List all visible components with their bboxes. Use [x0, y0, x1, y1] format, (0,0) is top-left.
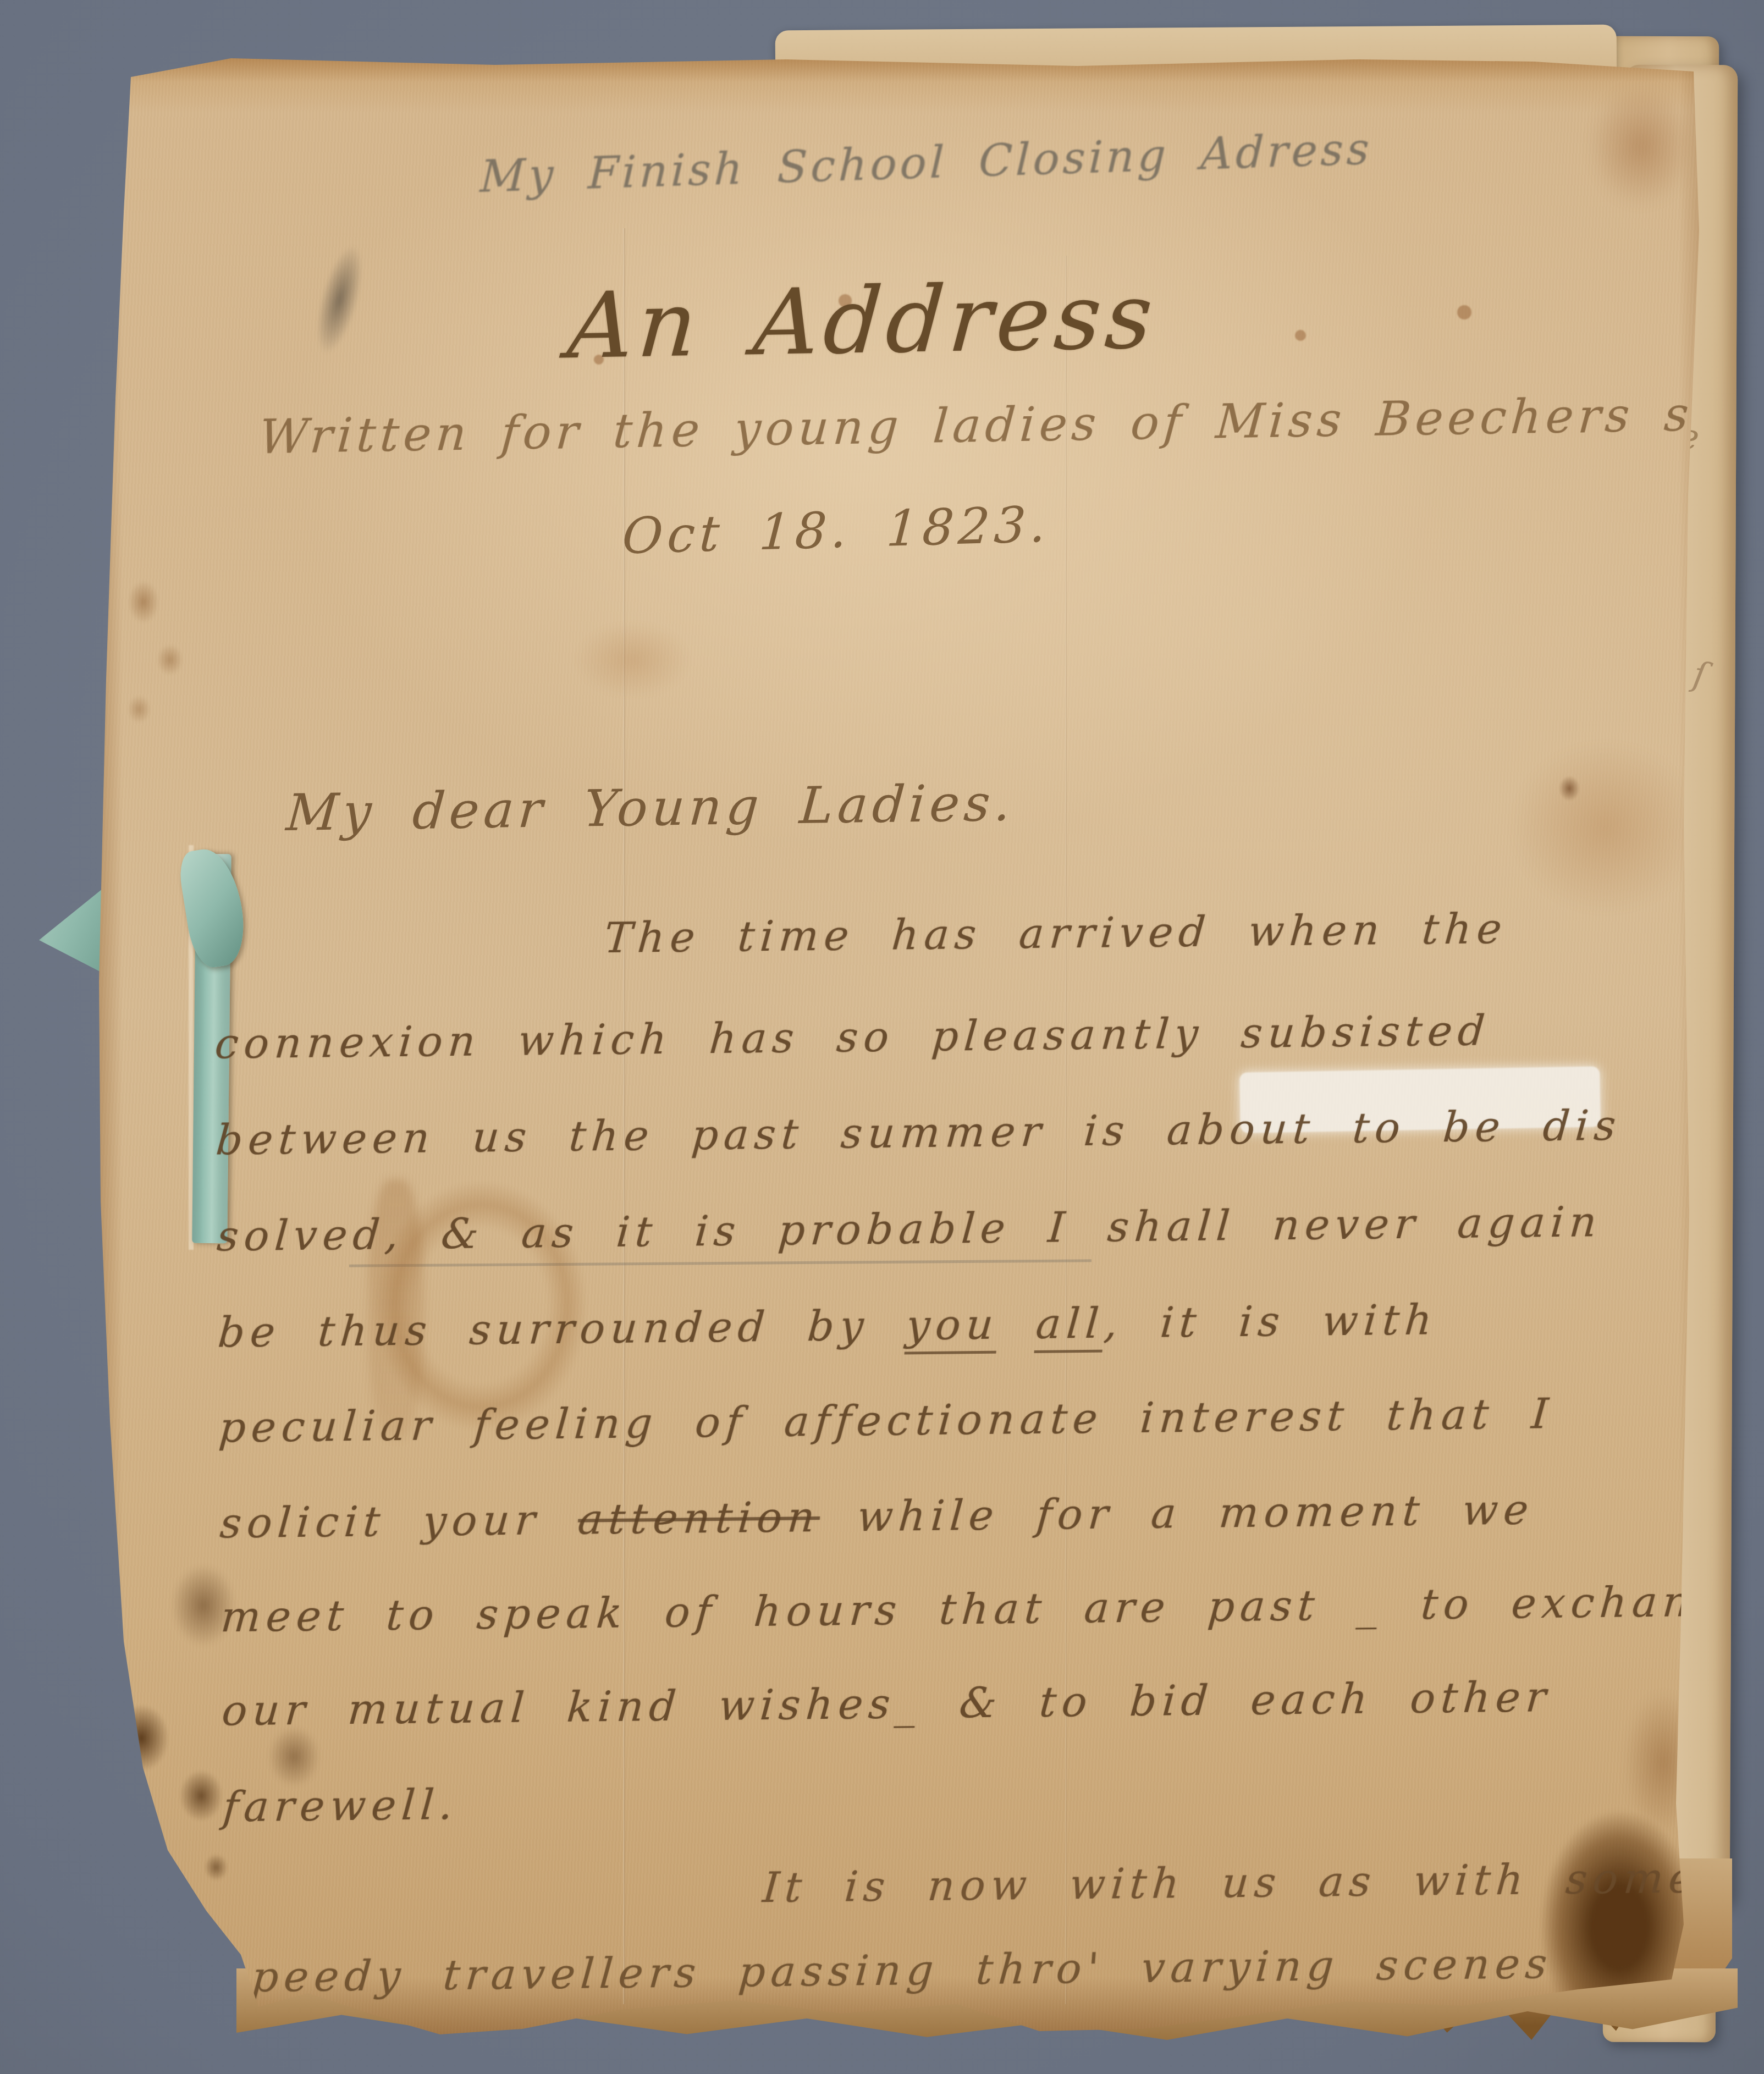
manuscript-text: speedy travellers passing thro' varying … — [223, 1939, 1554, 2001]
manuscript-text: meet to speak of hours that are past _ t… — [219, 1576, 1760, 1641]
manuscript-line: connexion which has so pleasantly subsis… — [213, 1006, 1492, 1068]
manuscript-text: be thus surrounded by — [216, 1300, 908, 1356]
manuscript-text: solved, & as it is probable I shall neve… — [215, 1197, 1603, 1260]
manuscript-word-underline: you — [904, 1300, 1000, 1355]
manuscript-text: peculiar feeling of affectionate interes… — [217, 1389, 1556, 1452]
manuscript-line: solved, & as it is probable I shall neve… — [215, 1197, 1603, 1260]
manuscript-line: solicit your attention while for a momen… — [218, 1485, 1536, 1547]
manuscript-text: farewell. — [221, 1780, 460, 1832]
manuscript-line: peculiar feeling of affectionate interes… — [217, 1389, 1556, 1452]
manuscript-text: , it is with — [1102, 1295, 1439, 1347]
manuscript-photo: e”ſ My — [0, 0, 1764, 2074]
manuscript-line: The time has arrived when the — [603, 904, 1509, 962]
manuscript-text: while for a moment we — [818, 1485, 1536, 1541]
manuscript-line: be thus surrounded by you all, it is wit… — [216, 1295, 1439, 1356]
manuscript-line: farewell. — [221, 1780, 460, 1832]
body-lines: The time has arrived when theconnexion w… — [86, 32, 1713, 2042]
manuscript-line: our mutual kind wishes_ & to bid each ot… — [220, 1672, 1553, 1735]
manuscript-text: The time has arrived when the — [603, 904, 1509, 962]
manuscript-line: between us the past summer is about to b… — [214, 1101, 1623, 1165]
manuscript-line: It is now with us as with some — [761, 1853, 1701, 1912]
manuscript-word-underline: all — [1034, 1299, 1106, 1353]
manuscript-text: connexion which has so pleasantly subsis… — [213, 1006, 1492, 1068]
manuscript-page: My Finish School Closing Adress An Addre… — [96, 47, 1702, 2040]
manuscript-line: speedy travellers passing thro' varying … — [223, 1939, 1554, 2001]
manuscript-word-strike: attention — [576, 1492, 822, 1544]
manuscript-text — [997, 1299, 1038, 1349]
manuscript-text: solicit your — [218, 1495, 580, 1548]
manuscript-text: our mutual kind wishes_ & to bid each ot… — [220, 1672, 1553, 1735]
manuscript-text: It is now with us as with some — [761, 1853, 1701, 1912]
manuscript-text: between us the past summer is about to b… — [214, 1101, 1623, 1165]
manuscript-line: meet to speak of hours that are past _ t… — [219, 1576, 1760, 1641]
